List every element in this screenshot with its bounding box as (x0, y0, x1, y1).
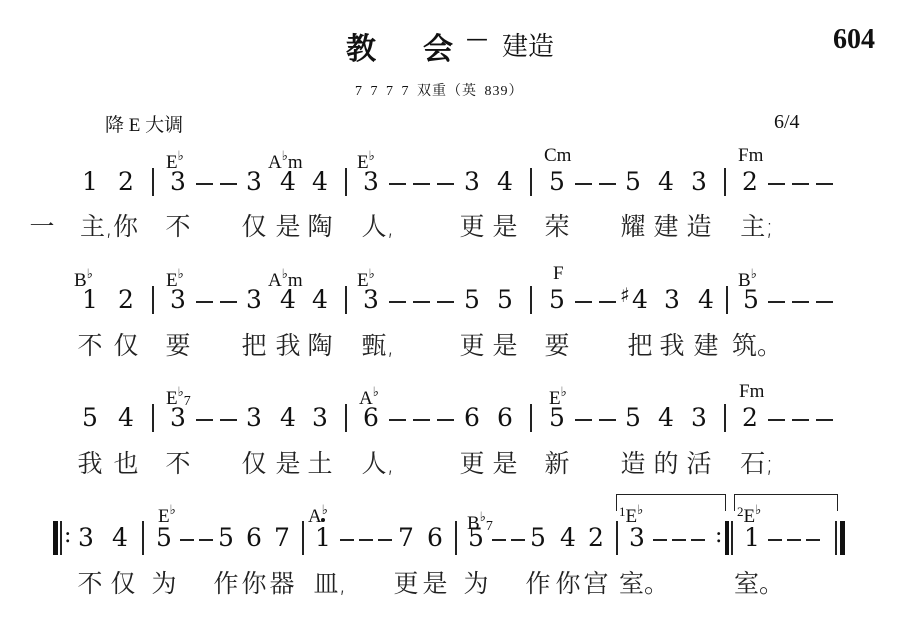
note: 4 (632, 286, 648, 314)
lyric: 室。 (734, 570, 784, 598)
dash (768, 539, 782, 541)
lyric: 更 (459, 332, 484, 360)
title-dash: — (466, 27, 488, 52)
lyric: 宫 (583, 570, 608, 598)
dash (816, 301, 833, 303)
lyric: 活 (686, 450, 711, 478)
note: 3 (464, 168, 480, 196)
dash (199, 539, 213, 541)
note: 4 (658, 404, 674, 432)
lyric: 甄, (362, 332, 395, 360)
bar-line (530, 404, 532, 432)
dash (691, 539, 705, 541)
dash (599, 301, 616, 303)
lyric: 石; (740, 450, 773, 478)
dash (599, 183, 616, 185)
note: 3 (246, 404, 262, 432)
dash (672, 539, 686, 541)
dash (768, 419, 785, 421)
note: 3 (78, 524, 94, 552)
note: 4 (312, 168, 328, 196)
note: 3 (312, 404, 328, 432)
dash (787, 539, 801, 541)
dash (768, 301, 785, 303)
note: 3 (170, 404, 186, 432)
bar-line (726, 286, 728, 314)
chord-cm: Cm (544, 146, 571, 166)
dash (389, 419, 406, 421)
repeat-dots: : (64, 522, 71, 550)
lyric: 一 (29, 213, 54, 241)
note: 2 (118, 286, 134, 314)
lyric: 你 (555, 570, 580, 598)
final-thick-bar (840, 521, 845, 555)
lyric: 主,你 (80, 213, 138, 241)
chord-fm: Fm (739, 382, 764, 402)
note: 6 (246, 524, 262, 552)
note: 5 (156, 524, 172, 552)
note: 1 (744, 524, 760, 552)
repeat-start-thick-bar (53, 521, 58, 555)
dash (511, 539, 525, 541)
lyric: 你 (241, 570, 266, 598)
dash (653, 539, 667, 541)
dash (575, 301, 592, 303)
note: 1 (82, 286, 98, 314)
dash (806, 539, 820, 541)
lyric: 要 (165, 332, 190, 360)
lyric: 仅 (110, 570, 135, 598)
dash (389, 301, 406, 303)
lyric: 是 (492, 332, 517, 360)
note: 5 (497, 286, 513, 314)
note: 5 (468, 524, 484, 552)
lyric: 为 (463, 570, 488, 598)
lyric: 也 (113, 450, 138, 478)
lyric: 建 (653, 213, 678, 241)
lyric: 不 (165, 213, 190, 241)
bar-line (152, 168, 154, 196)
note: 4 (312, 286, 328, 314)
bar-line (724, 404, 726, 432)
dash (340, 539, 354, 541)
bar-line (530, 286, 532, 314)
note: 4 (280, 404, 296, 432)
hymn-number: 604 (833, 24, 875, 56)
dash (792, 419, 809, 421)
title-subtitle: 建造 (502, 26, 554, 63)
note: 2 (118, 168, 134, 196)
lyric: 人, (362, 450, 395, 478)
lyric: 作 (525, 570, 550, 598)
note: 2 (742, 168, 758, 196)
key-signature: 降 E 大调 (105, 110, 183, 137)
dash (575, 183, 592, 185)
dash (437, 301, 454, 303)
dash (768, 183, 785, 185)
lyric: 是 (492, 450, 517, 478)
lyric: 造 (686, 213, 711, 241)
lyric: 造 (620, 450, 645, 478)
note: 3 (363, 168, 379, 196)
note: 5 (549, 168, 565, 196)
note: 3 (246, 286, 262, 314)
note: 5 (743, 286, 759, 314)
title-char-2: 会 (423, 24, 453, 68)
lyric: 是 (492, 213, 517, 241)
lyric: 仅 (241, 450, 266, 478)
title-char-1: 教 (346, 24, 376, 68)
note: 3 (170, 286, 186, 314)
lyric: 为 (151, 570, 176, 598)
note: 4 (280, 286, 296, 314)
dash (196, 419, 213, 421)
note: 4 (112, 524, 128, 552)
dash (492, 539, 506, 541)
dash (220, 419, 237, 421)
lyric: 更 (459, 213, 484, 241)
dash (180, 539, 194, 541)
note: 1 (315, 524, 331, 552)
lyric: 是 (422, 570, 447, 598)
note: 3 (363, 286, 379, 314)
note: 6 (363, 404, 379, 432)
lyric: 新 (544, 450, 569, 478)
lyric: 不 (165, 450, 190, 478)
note: 5 (625, 168, 641, 196)
lyric: 要 (544, 332, 569, 360)
lyric: 建 (693, 332, 718, 360)
note: 4 (280, 168, 296, 196)
lyric: 人, (362, 213, 395, 241)
lyric: 是 (275, 450, 300, 478)
chord-fm: Fm (738, 146, 763, 166)
note: 2 (588, 524, 604, 552)
lyric: 陶 (307, 213, 332, 241)
note: 5 (625, 404, 641, 432)
note: 5 (82, 404, 98, 432)
bar-line (345, 168, 347, 196)
lyric: 主; (740, 213, 773, 241)
dash (437, 183, 454, 185)
lyric: 荣 (544, 213, 569, 241)
dash (378, 539, 392, 541)
repeat-end-thick-bar (725, 521, 729, 555)
dash (413, 301, 430, 303)
bar-line (152, 404, 154, 432)
note: 7 (398, 524, 414, 552)
bar-line (616, 521, 618, 555)
note: 4 (560, 524, 576, 552)
bar-line (152, 286, 154, 314)
note: 5 (549, 404, 565, 432)
note: 4 (698, 286, 714, 314)
bar-line (302, 521, 304, 555)
note: 7 (274, 524, 290, 552)
dash (816, 183, 833, 185)
sharp-accidental: ♯ (620, 283, 630, 307)
note: 5 (218, 524, 234, 552)
lyric: 耀 (620, 213, 645, 241)
note: 4 (658, 168, 674, 196)
lyric: 更 (459, 450, 484, 478)
note: 5 (549, 286, 565, 314)
note: 3 (629, 524, 645, 552)
dash (437, 419, 454, 421)
lyric: 我 (77, 450, 102, 478)
dash (575, 419, 592, 421)
lyric: 仅 (113, 332, 138, 360)
dash (816, 419, 833, 421)
bar-line (530, 168, 532, 196)
note: 6 (427, 524, 443, 552)
lyric: 器 (269, 570, 294, 598)
repeat-dots: : (715, 522, 722, 550)
dash (413, 183, 430, 185)
lyric: 作 (213, 570, 238, 598)
lyric: 把 (241, 332, 266, 360)
note: 3 (664, 286, 680, 314)
chord-f: F (553, 264, 564, 284)
dash (413, 419, 430, 421)
note: 3 (691, 168, 707, 196)
note: 4 (118, 404, 134, 432)
bar-line (724, 168, 726, 196)
final-thin-bar (835, 521, 837, 555)
dash (196, 183, 213, 185)
time-signature: 6/4 (774, 111, 800, 134)
lyric: 我 (275, 332, 300, 360)
dash (359, 539, 373, 541)
high-octave-dot (321, 518, 325, 522)
bar-line (345, 404, 347, 432)
note: 1 (82, 168, 98, 196)
bar-line (345, 286, 347, 314)
dash (389, 183, 406, 185)
dash (196, 301, 213, 303)
lyric: 是 (275, 213, 300, 241)
dash (792, 183, 809, 185)
bar-line (455, 521, 457, 555)
dash (220, 301, 237, 303)
note: 3 (170, 168, 186, 196)
lyric: 筑。 (732, 332, 782, 360)
note: 3 (691, 404, 707, 432)
lyric: 不 (77, 570, 102, 598)
lyric: 土 (307, 450, 332, 478)
lyric: 室。 (619, 570, 669, 598)
lyric: 我 (659, 332, 684, 360)
lyric: 更 (393, 570, 418, 598)
note: 3 (246, 168, 262, 196)
lyric: 陶 (307, 332, 332, 360)
dash (792, 301, 809, 303)
lyric: 仅 (241, 213, 266, 241)
note: 5 (530, 524, 546, 552)
lyric: 皿, (314, 570, 347, 598)
bar-line (142, 521, 144, 555)
lyric: 不 (77, 332, 102, 360)
repeat-end-thin-bar (731, 521, 733, 555)
note: 6 (464, 404, 480, 432)
repeat-start-thin-bar (60, 521, 62, 555)
note: 4 (497, 168, 513, 196)
note: 5 (464, 286, 480, 314)
dash (220, 183, 237, 185)
note: 2 (742, 404, 758, 432)
meter-line: 7 7 7 7 双重（英 839） (355, 80, 524, 100)
lyric: 的 (653, 450, 678, 478)
note: 6 (497, 404, 513, 432)
dash (599, 419, 616, 421)
lyric: 把 (627, 332, 652, 360)
